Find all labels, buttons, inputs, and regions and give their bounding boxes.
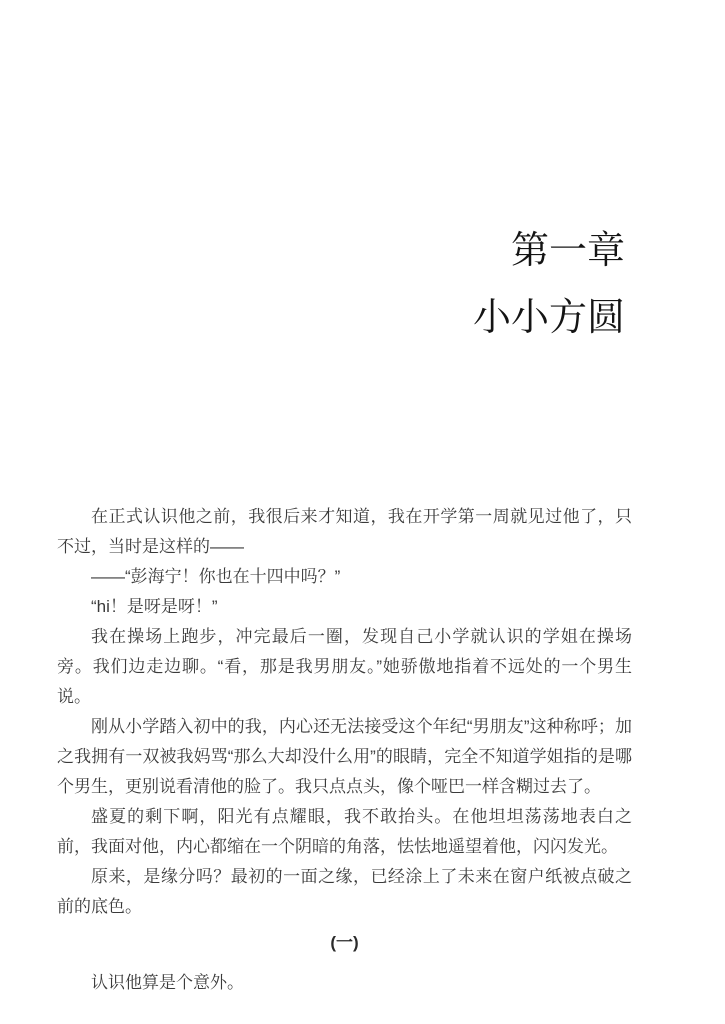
paragraph-dialogue: ——“彭海宁！你也在十四中吗？” bbox=[57, 562, 632, 592]
book-page: 第一章 小小方圆 在正式认识他之前，我很后来才知道，我在开学第一周就见过他了，只… bbox=[0, 0, 725, 1024]
chapter-title: 第一章 bbox=[0, 218, 625, 285]
body-text-block: 在正式认识他之前，我很后来才知道，我在开学第一周就见过他了，只不过，当时是这样的… bbox=[57, 502, 632, 998]
closing-paragraph: 认识他算是个意外。 bbox=[57, 968, 632, 998]
paragraph-dialogue: “hi！是呀是呀！” bbox=[57, 592, 632, 622]
chapter-subtitle: 小小方圆 bbox=[0, 285, 625, 352]
paragraph: 我在操场上跑步，冲完最后一圈，发现自己小学就认识的学姐在操场旁。我们边走边聊。“… bbox=[57, 622, 632, 712]
section-marker: (一) bbox=[57, 928, 632, 958]
paragraph: 盛夏的剩下啊，阳光有点耀眼，我不敢抬头。在他坦坦荡荡地表白之前，我面对他，内心都… bbox=[57, 802, 632, 862]
paragraph: 在正式认识他之前，我很后来才知道，我在开学第一周就见过他了，只不过，当时是这样的… bbox=[57, 502, 632, 562]
chapter-heading: 第一章 小小方圆 bbox=[0, 218, 625, 352]
paragraph: 刚从小学踏入初中的我，内心还无法接受这个年纪“男朋友”这种称呼；加之我拥有一双被… bbox=[57, 712, 632, 802]
paragraph: 原来，是缘分吗？最初的一面之缘，已经涂上了未来在窗户纸被点破之前的底色。 bbox=[57, 862, 632, 922]
